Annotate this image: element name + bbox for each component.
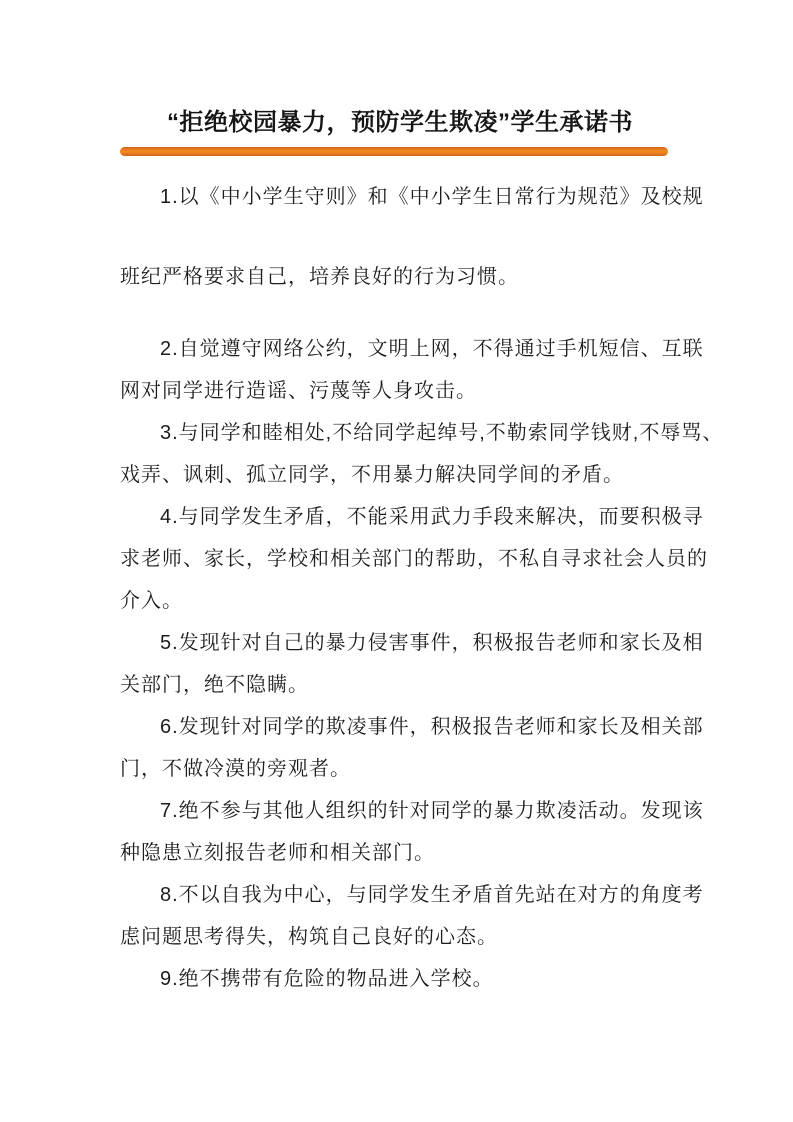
paragraph-line: 7.绝不参与其他人组织的针对同学的暴力欺凌活动。发现该 [120,790,680,832]
paragraph: 4.与同学发生矛盾，不能采用武力手段来解决，而要积极寻求老师、家长，学校和相关部… [120,496,680,622]
paragraph-line: 戏弄、讽刺、孤立同学，不用暴力解决同学间的矛盾。 [120,454,680,496]
paragraph: 2.自觉遵守网络公约，文明上网，不得通过手机短信、互联网对同学进行造谣、污蔑等人… [120,328,680,412]
paragraph: 5.发现针对自己的暴力侵害事件，积极报告老师和家长及相关部门，绝不隐瞒。 [120,622,680,706]
paragraph-line: 关部门，绝不隐瞒。 [120,664,680,706]
paragraph-line: 种隐患立刻报告老师和相关部门。 [120,832,680,874]
paragraph-line: 2.自觉遵守网络公约，文明上网，不得通过手机短信、互联 [120,328,680,370]
paragraph-line: 网对同学进行造谣、污蔑等人身攻击。 [120,370,680,412]
paragraph-line: 介入。 [120,580,680,622]
paragraph-line: 1.以《中小学生守则》和《中小学生日常行为规范》及校规 [120,176,680,218]
paragraph: 7.绝不参与其他人组织的针对同学的暴力欺凌活动。发现该种隐患立刻报告老师和相关部… [120,790,680,874]
paragraph: 6.发现针对同学的欺凌事件，积极报告老师和家长及相关部门，不做冷漠的旁观者。 [120,706,680,790]
paragraph-line: 8.不以自我为中心，与同学发生矛盾首先站在对方的角度考 [120,874,680,916]
paragraph-line: 班纪严格要求自己，培养良好的行为习惯。 [120,256,680,298]
document-body: 1.以《中小学生守则》和《中小学生日常行为规范》及校规班纪严格要求自己，培养良好… [120,176,680,1000]
paragraph-line: 5.发现针对自己的暴力侵害事件，积极报告老师和家长及相 [120,622,680,664]
document-title: “拒绝校园暴力，预防学生欺凌”学生承诺书 [120,102,680,144]
paragraph: 3.与同学和睦相处,不给同学起绰号,不勒索同学钱财,不辱骂、戏弄、讽刺、孤立同学… [120,412,680,496]
paragraph-line: 3.与同学和睦相处,不给同学起绰号,不勒索同学钱财,不辱骂、 [120,412,680,454]
document-page: “拒绝校园暴力，预防学生欺凌”学生承诺书 1.以《中小学生守则》和《中小学生日常… [0,0,793,1122]
paragraph-line: 4.与同学发生矛盾，不能采用武力手段来解决，而要积极寻 [120,496,680,538]
paragraph: 9.绝不携带有危险的物品进入学校。 [120,958,680,1000]
paragraph-line: 门，不做冷漠的旁观者。 [120,748,680,790]
title-divider-rule [120,147,668,156]
paragraph-line: 虑问题思考得失，构筑自己良好的心态。 [120,916,680,958]
paragraph: 1.以《中小学生守则》和《中小学生日常行为规范》及校规班纪严格要求自己，培养良好… [120,176,680,298]
paragraph-line: 求老师、家长，学校和相关部门的帮助，不私自寻求社会人员的 [120,538,680,580]
paragraph: 8.不以自我为中心，与同学发生矛盾首先站在对方的角度考虑问题思考得失，构筑自己良… [120,874,680,958]
paragraph-line: 9.绝不携带有危险的物品进入学校。 [120,958,680,1000]
paragraph-line: 6.发现针对同学的欺凌事件，积极报告老师和家长及相关部 [120,706,680,748]
